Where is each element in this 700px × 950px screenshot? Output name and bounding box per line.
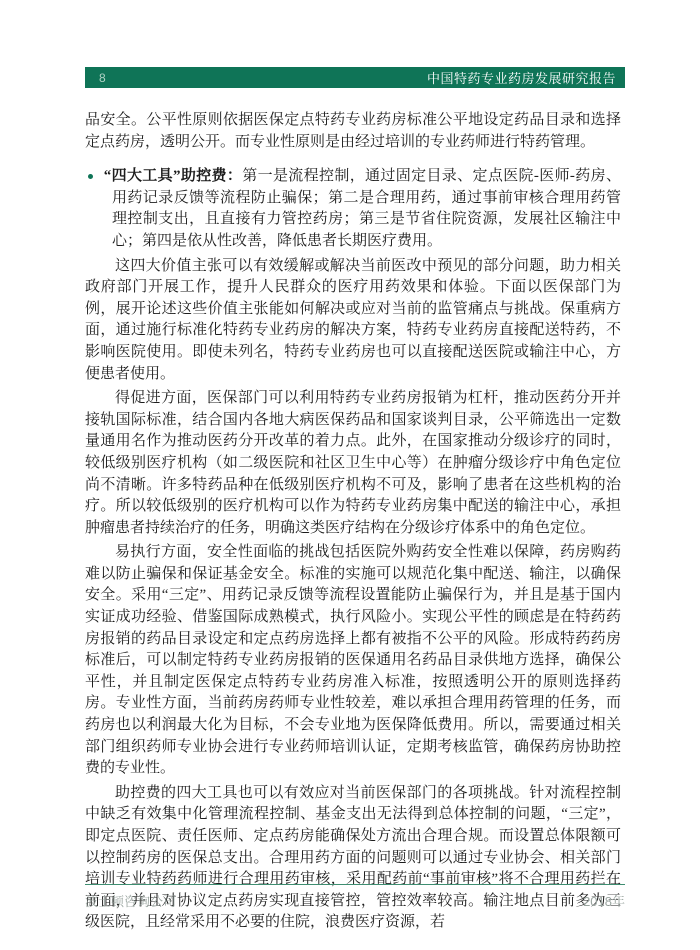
bullet-lead-bold: “四大工具”助控费： [104, 168, 243, 184]
report-title: 中国特药专业药房发展研究报告 [427, 68, 616, 87]
body-content: 品安全。公平性原则依据医保定点特药专业药房标准公平地设定药品目录和选择定点药房，… [85, 110, 621, 937]
paragraph-value-propositions: 这四大价值主张可以有效缓解或解决当前医改中预见的部分问题，助力相关政府部门开展工… [85, 256, 621, 386]
footer-company: 波士顿咨询公司 [85, 891, 176, 910]
page-number: 8 [99, 71, 106, 85]
header-bar: 8 中国特药专业药房发展研究报告 [85, 67, 625, 88]
bullet-item-four-tools: “四大工具”助控费：第一是流程控制，通过固定目录、定点医院-医师-药房、用药记录… [85, 166, 621, 252]
document-page: 8 中国特药专业药房发展研究报告 品安全。公平性原则依据医保定点特药专业药房标准… [0, 0, 700, 950]
paragraph-continuation: 品安全。公平性原则依据医保定点特药专业药房标准公平地设定药品目录和选择定点药房，… [85, 110, 621, 153]
footer: 波士顿咨询公司 2018年 [85, 891, 625, 910]
paragraph-promotion: 得促进方面，医保部门可以利用特药专业药房报销为杠杆，推动医药分开并接轨国际标准，… [85, 388, 621, 539]
paragraph-cost-control: 助控费的四大工具也可以有效应对当前医保部门的各项挑战。针对流程控制中缺乏有效集中… [85, 783, 621, 934]
paragraph-execution: 易执行方面，安全性面临的挑战包括医院外购药安全性难以保障，药房购药难以防止骗保和… [85, 542, 621, 780]
bullet-text: “四大工具”助控费：第一是流程控制，通过固定目录、定点医院-医师-药房、用药记录… [112, 166, 621, 252]
bullet-icon [88, 174, 93, 179]
footer-year: 2018年 [583, 891, 625, 910]
footer-divider [85, 884, 625, 885]
